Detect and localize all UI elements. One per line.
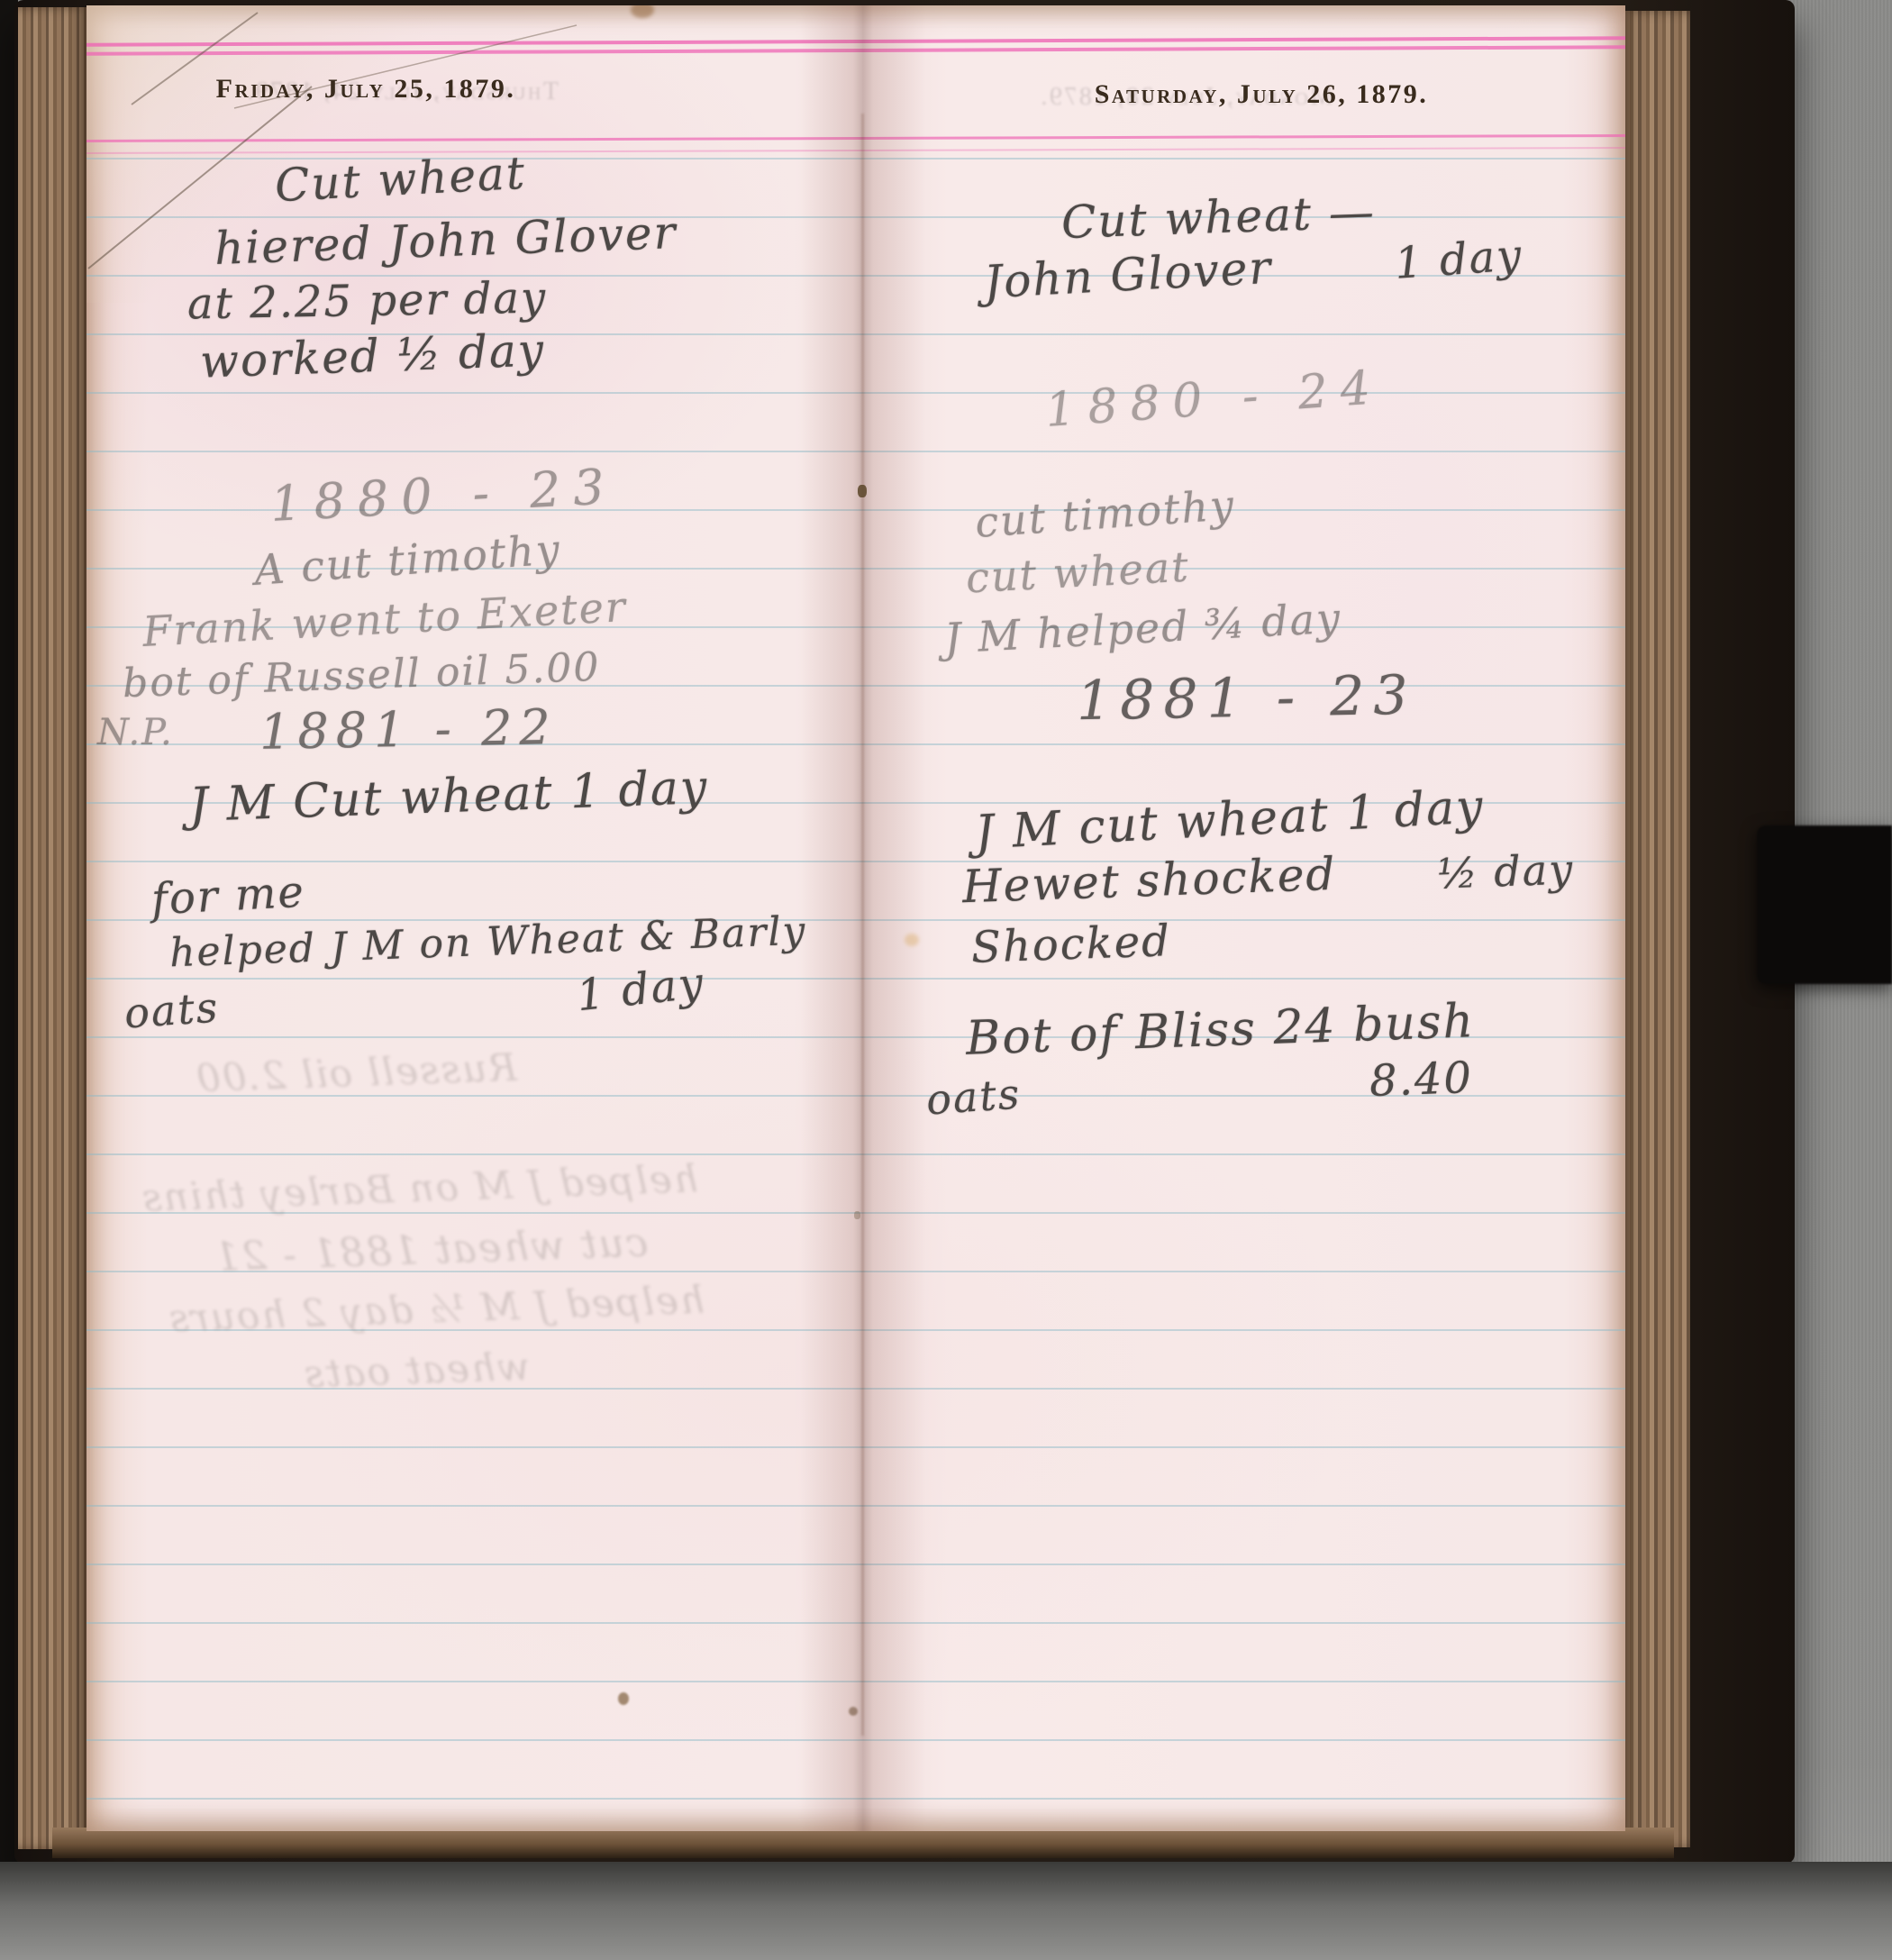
handwriting-line: 1881 - 22: [259, 698, 558, 761]
fox-spot: [905, 934, 919, 946]
handwriting-line: Shocked: [970, 916, 1172, 973]
handwriting-line: 1 day: [1393, 230, 1524, 289]
handwriting-line: for me: [150, 867, 306, 925]
handwriting-line: 8.40: [1369, 1053, 1474, 1107]
bookmark-ribbon: [1757, 825, 1892, 984]
scanner-bed-bottom: [0, 1862, 1892, 1960]
handwriting-line: at 2.25 per day: [187, 273, 548, 330]
handwriting-line: N.P.: [97, 712, 174, 753]
page-edge-stack-bottom: [52, 1828, 1674, 1858]
binding-stitch-hole: [858, 485, 867, 497]
open-page-spread: Thursday, July 24, 1879. Friday, July 25…: [86, 5, 1625, 1831]
date-header-left: Friday, July 25, 1879.: [132, 74, 600, 105]
handwriting-line: Cut wheat —: [1060, 186, 1377, 249]
page-edge-stack-right: [1622, 11, 1690, 1847]
gutter-crease: [861, 114, 864, 1736]
ink-stain: [849, 1707, 858, 1716]
page-edge-stack-left: [18, 7, 88, 1849]
bleedthrough-line: wheat oats: [302, 1345, 530, 1397]
handwriting-line: ½ day: [1436, 844, 1575, 898]
handwriting-line: 1881 - 23: [1076, 664, 1417, 734]
scanned-diary-page: Thursday, July 24, 1879. Friday, July 25…: [0, 0, 1892, 1960]
binding-stitch-hole: [854, 1211, 860, 1219]
ink-stain: [618, 1692, 629, 1705]
handwriting-line: oats: [924, 1069, 1023, 1124]
handwriting-line: oats: [123, 982, 221, 1037]
date-header-right: Saturday, July 26, 1879.: [1027, 79, 1496, 110]
gutter-stain-top: [631, 5, 654, 18]
